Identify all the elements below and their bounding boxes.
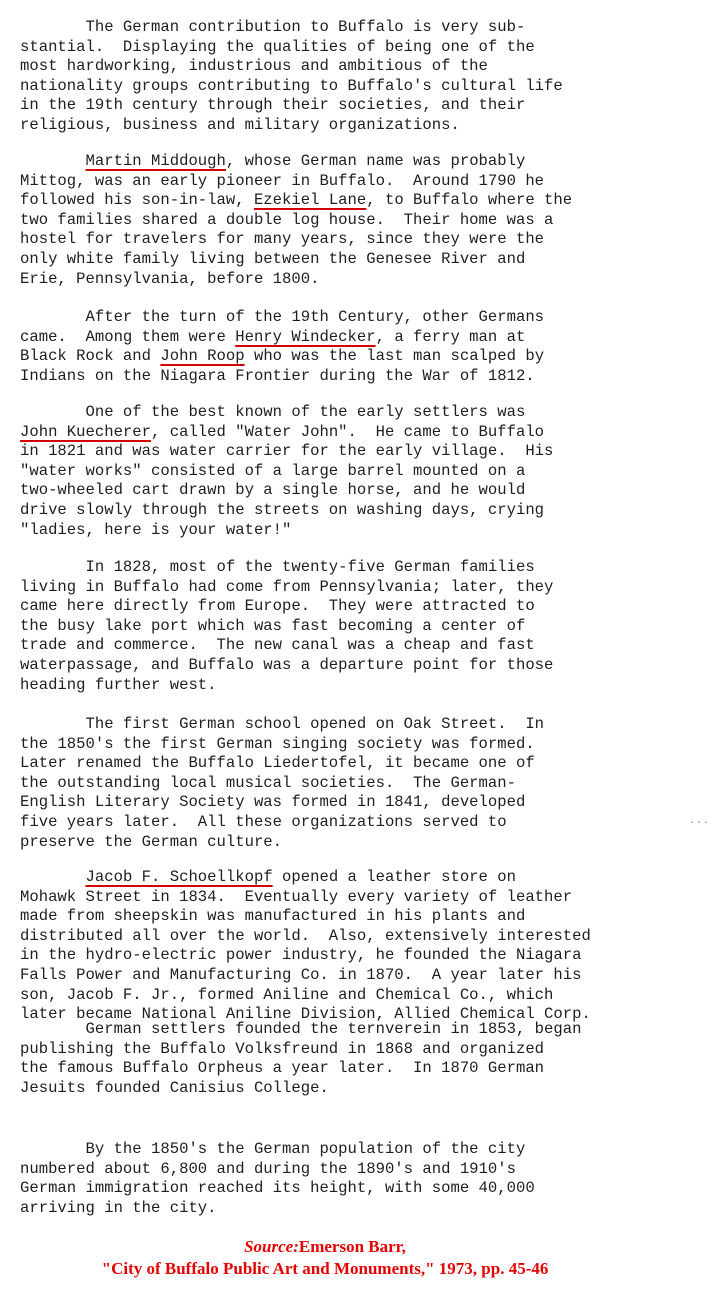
text-line: only white family living between the Gen… <box>20 250 572 270</box>
text-line: most hardworking, industrious and ambiti… <box>20 57 563 77</box>
text-line: distributed all over the world. Also, ex… <box>20 927 591 947</box>
text-line: came. Among them were Henry Windecker, a… <box>20 328 544 348</box>
text-line: nationality groups contributing to Buffa… <box>20 77 563 97</box>
text-line: publishing the Buffalo Volksfreund in 18… <box>20 1040 581 1060</box>
text-line: German immigration reached its height, w… <box>20 1179 535 1199</box>
text-line: preserve the German culture. <box>20 833 544 853</box>
text-line: religious, business and military organiz… <box>20 116 563 136</box>
text-line: German settlers founded the ternverein i… <box>20 1020 581 1040</box>
text-line: followed his son-in-law, Ezekiel Lane, t… <box>20 191 572 211</box>
text-line: drive slowly through the streets on wash… <box>20 501 553 521</box>
paragraph: The first German school opened on Oak St… <box>20 715 544 852</box>
text-line: the busy lake port which was fast becomi… <box>20 617 553 637</box>
source-label: Source: <box>244 1237 299 1256</box>
paragraph: In 1828, most of the twenty-five German … <box>20 558 553 695</box>
text-line: The first German school opened on Oak St… <box>20 715 544 735</box>
text-line: hostel for travelers for many years, sin… <box>20 230 572 250</box>
text-line: Indians on the Niagara Frontier during t… <box>20 367 544 387</box>
underlined-name: Martin Middough <box>86 152 226 170</box>
margin-mark: ... <box>689 812 710 832</box>
document-page: The German contribution to Buffalo is ve… <box>0 0 720 1296</box>
source-author: Emerson Barr, <box>299 1237 406 1256</box>
text-line: stantial. Displaying the qualities of be… <box>20 38 563 58</box>
underlined-name: Ezekiel Lane <box>254 191 366 209</box>
text-line: two-wheeled cart drawn by a single horse… <box>20 481 553 501</box>
text-line: in the hydro-electric power industry, he… <box>20 946 591 966</box>
text-line: One of the best known of the early settl… <box>20 403 553 423</box>
underlined-name: Jacob F. Schoellkopf <box>86 868 273 886</box>
text-line: living in Buffalo had come from Pennsylv… <box>20 578 553 598</box>
paragraph: One of the best known of the early settl… <box>20 403 553 540</box>
text-line: By the 1850's the German population of t… <box>20 1140 535 1160</box>
paragraph: German settlers founded the ternverein i… <box>20 1020 581 1098</box>
paragraph: After the turn of the 19th Century, othe… <box>20 308 544 386</box>
text-line: Erie, Pennsylvania, before 1800. <box>20 270 572 290</box>
source-line-2: "City of Buffalo Public Art and Monument… <box>0 1258 650 1280</box>
text-line: arriving in the city. <box>20 1199 535 1219</box>
text-line: trade and commerce. The new canal was a … <box>20 636 553 656</box>
text-line: Jacob F. Schoellkopf opened a leather st… <box>20 868 591 888</box>
text-line: in the 19th century through their societ… <box>20 96 563 116</box>
paragraph: By the 1850's the German population of t… <box>20 1140 535 1218</box>
text-line: came here directly from Europe. They wer… <box>20 597 553 617</box>
text-line: waterpassage, and Buffalo was a departur… <box>20 656 553 676</box>
text-line: Mittog, was an early pioneer in Buffalo.… <box>20 172 572 192</box>
paragraph: Jacob F. Schoellkopf opened a leather st… <box>20 868 591 1025</box>
text-line: made from sheepskin was manufactured in … <box>20 907 591 927</box>
text-line: Jesuits founded Canisius College. <box>20 1079 581 1099</box>
text-line: son, Jacob F. Jr., formed Aniline and Ch… <box>20 986 591 1006</box>
text-line: in 1821 and was water carrier for the ea… <box>20 442 553 462</box>
underlined-name: John Kuecherer <box>20 423 151 441</box>
text-line: In 1828, most of the twenty-five German … <box>20 558 553 578</box>
text-line: After the turn of the 19th Century, othe… <box>20 308 544 328</box>
text-line: the famous Buffalo Orpheus a year later.… <box>20 1059 581 1079</box>
underlined-name: John Roop <box>160 347 244 365</box>
text-line: the outstanding local musical societies.… <box>20 774 544 794</box>
text-line: five years later. All these organization… <box>20 813 544 833</box>
text-line: numbered about 6,800 and during the 1890… <box>20 1160 535 1180</box>
source-citation: Source:Emerson Barr, "City of Buffalo Pu… <box>0 1236 650 1280</box>
source-line-1: Source:Emerson Barr, <box>0 1236 650 1258</box>
text-line: "ladies, here is your water!" <box>20 521 553 541</box>
text-line: "water works" consisted of a large barre… <box>20 462 553 482</box>
text-line: heading further west. <box>20 676 553 696</box>
text-line: John Kuecherer, called "Water John". He … <box>20 423 553 443</box>
text-line: The German contribution to Buffalo is ve… <box>20 18 563 38</box>
paragraph: The German contribution to Buffalo is ve… <box>20 18 563 136</box>
text-line: Falls Power and Manufacturing Co. in 187… <box>20 966 591 986</box>
text-line: Black Rock and John Roop who was the las… <box>20 347 544 367</box>
text-line: the 1850's the first German singing soci… <box>20 735 544 755</box>
text-line: two families shared a double log house. … <box>20 211 572 231</box>
text-line: Later renamed the Buffalo Liedertofel, i… <box>20 754 544 774</box>
text-line: English Literary Society was formed in 1… <box>20 793 544 813</box>
paragraph: Martin Middough, whose German name was p… <box>20 152 572 289</box>
text-line: Mohawk Street in 1834. Eventually every … <box>20 888 591 908</box>
text-line: Martin Middough, whose German name was p… <box>20 152 572 172</box>
underlined-name: Henry Windecker <box>235 328 375 346</box>
